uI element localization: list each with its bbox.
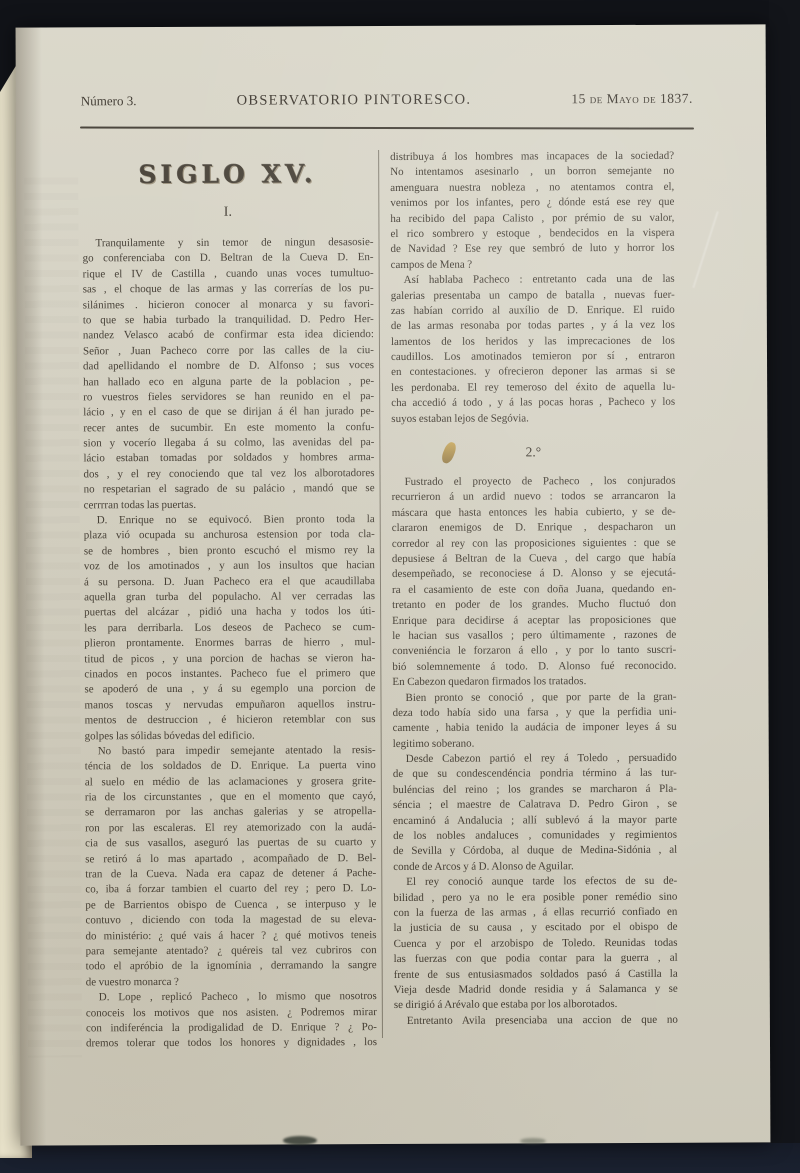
text-line: lácio , y en el caso de que se dirijan á… <box>83 404 374 421</box>
text-line: legitimo soberano. <box>393 735 677 752</box>
text-line: de Sevilla y Córdoba, al duque de Medina… <box>393 843 677 860</box>
text-line: las fuerzas con que podia contar para la… <box>394 951 678 968</box>
section-number: I. <box>82 204 373 221</box>
text-line: cha accedió á todo , y á las pocas horas… <box>391 395 675 412</box>
text-line: depusiese á Beltran de la Cueva , del ca… <box>392 551 676 568</box>
text-line: No intentamos asesinarlo , un borron sem… <box>390 164 674 181</box>
text-line: ria de los circunstantes , que en el mom… <box>85 789 376 806</box>
text-line: á su persona. D. Juan Pacheco era el que… <box>84 574 375 591</box>
text-line: recer antes de sucumbir. En este momento… <box>83 420 374 437</box>
text-line: campos de Mena ? <box>391 257 675 274</box>
paragraph: No bastó para impedir semejante atentado… <box>85 743 377 991</box>
text-line: dremos tolerar que todos los honores y d… <box>86 1035 377 1052</box>
text-line: ra el casamiento de este con doña Juana,… <box>392 582 676 599</box>
text-line: se de hombres , bien pronto escuchó el m… <box>84 543 375 560</box>
text-line: D. Lope , replicó Pacheco , lo mismo que… <box>86 989 377 1006</box>
photo-background-bottom <box>0 1143 800 1173</box>
text-line: amenguara nuestra nobleza , no atentamos… <box>390 180 674 197</box>
text-line: ro vuestros fieles servidores se han reu… <box>83 389 374 406</box>
text-line: voz de los amotinados , y aun los insult… <box>84 558 375 575</box>
text-line: con la fuerza de las armas , á ellas rec… <box>393 905 677 922</box>
text-line: Enrique para decidirse á aceptar las pro… <box>392 612 676 629</box>
text-line: bilidad , pero ya no le era posible pone… <box>393 889 677 906</box>
text-line: al suelo en médio de las aclamaciones y … <box>85 774 376 791</box>
section-number: 2.° <box>391 444 675 461</box>
text-line: corredor al rey con las proposiciones si… <box>392 535 676 552</box>
text-line: manos toscas y nervudas empuñaron aquell… <box>84 697 375 714</box>
text-line: la justicia de su causa , y escitado por… <box>393 920 677 937</box>
text-line: venimos por los infantes, pero ¿ dónde e… <box>390 195 674 212</box>
text-column-left: SIGLO XV.I.Tranquilamente y sin temor de… <box>82 150 377 1052</box>
text-line: mentos de destruccion , é hicieron retem… <box>85 712 376 729</box>
paragraph: D. Lope , replicó Pacheco , lo mismo que… <box>86 989 377 1052</box>
text-line: go conferenciaba con D. Beltran de la Cu… <box>83 250 374 267</box>
text-line: to que se habia turbado la tranquilidad.… <box>83 312 374 329</box>
text-line: titud de picos , y una porcion de hachas… <box>84 651 375 668</box>
text-line: de vuestro monarca ? <box>86 974 377 991</box>
text-line: han hallado eco en alguna parte de la po… <box>83 374 374 391</box>
text-line: de Navidad ? Ese rey que sembró de luto … <box>391 241 675 258</box>
text-line: cia de sus vasallos, aseguró las puertas… <box>85 835 376 852</box>
text-line: golpes las sólidas bóvedas del edificio. <box>85 728 376 745</box>
paragraph: D. Enrique no se equivocó. Bien pronto t… <box>84 512 376 744</box>
text-line: Entretanto Avila presenciaba una accion … <box>394 1012 678 1029</box>
text-line: frente de sus entusiasmados soldados pas… <box>394 966 678 983</box>
paragraph: Bien pronto se conoció , que por parte d… <box>392 689 676 752</box>
ink-smudge <box>283 1136 317 1145</box>
text-line: para semejante atentado? ¿ quéreis tal v… <box>86 943 377 960</box>
text-line: desempeñado, se reconociese á D. Alonso … <box>392 566 676 583</box>
paragraph: Fustrado el proyecto de Pacheco , los co… <box>392 474 677 691</box>
text-line: lamentos de los heridos y las imprecacio… <box>391 333 675 350</box>
text-line: nandez Velasco acabó de confirmar esta i… <box>83 327 374 344</box>
text-line: Cuenca y por el arzobispo de Toledo. Reu… <box>394 936 678 953</box>
text-line: plaza vió ocupada su anchurosa estension… <box>84 528 375 545</box>
text-line: bió solemnemente á todo. D. Alonso fué r… <box>392 658 676 675</box>
text-line: de las armas resonaba por todas partes ,… <box>391 318 675 335</box>
text-line: conde de Arcos y á D. Alonso de Aguilar. <box>393 859 677 876</box>
paragraph: Así hablaba Pacheco : entretanto cada un… <box>391 272 676 427</box>
text-line: plieron prontamente. Enormes barras de h… <box>84 635 375 652</box>
text-line: tran de la Cueva. Nada era capaz de dete… <box>85 866 376 883</box>
text-line: séncia ; el maestre de Calatrava D. Pedr… <box>393 797 677 814</box>
text-line: le hacian sus vasallos ; pero últimament… <box>392 628 676 645</box>
text-line: aquella gran turba del populacho. Al ver… <box>84 589 375 606</box>
photo-background-right <box>769 0 800 1173</box>
text-line: Así hablaba Pacheco : entretanto cada un… <box>391 272 675 289</box>
text-line: cinados en pocos instantes. Pacheco fue … <box>84 666 375 683</box>
text-line: tretanto en poder de los grandes. Mucho … <box>392 597 676 614</box>
text-line: todo el apróbio de la ignomínia , derram… <box>86 958 377 975</box>
text-line: conoceis los motivos que nos asisten. ¿ … <box>86 1005 377 1022</box>
text-line: camente , habia tenido la audácia de imp… <box>393 720 677 737</box>
paragraph: Tranquilamente y sin temor de ningun des… <box>82 235 374 513</box>
text-line: Bien pronto se conoció , que por parte d… <box>392 689 676 706</box>
text-line: de los nobles andaluces , comunidades y … <box>393 828 677 845</box>
ink-smudge <box>520 1138 546 1144</box>
text-line: se derramaron por las anchas galerias y … <box>85 805 376 822</box>
text-line: conveniéncia le forzaron á ello , y por … <box>392 643 676 660</box>
text-line: Tranquilamente y sin temor de ningun des… <box>82 235 373 252</box>
text-line: Señor , Juan Pacheco corre por las calle… <box>83 343 374 360</box>
text-line: lácio estaban tomadas por soldados y hom… <box>83 451 374 468</box>
text-line: co, iba á forzar tambien el cuarto del r… <box>85 881 376 898</box>
text-line: cerrrran todas las puertas. <box>84 497 375 514</box>
paragraph: Desde Cabezon partió el rey á Toledo , p… <box>393 751 678 875</box>
text-line: se retiró á lo mas apartado , acompañado… <box>85 851 376 868</box>
text-line: máscara que hasta entonces les habia cub… <box>392 505 676 522</box>
text-line: el rico sombrero y estoque , bendecidos … <box>390 226 674 243</box>
text-line: sas , el choque de las armas y las corre… <box>83 281 374 298</box>
text-line: pe de Barrientos obispo de Cuenca , se i… <box>85 897 376 914</box>
text-line: ha recibido del papa Calisto , por prémi… <box>390 210 674 227</box>
text-line: Vieja desde Madrid donde residia y á Sal… <box>394 982 678 999</box>
text-line: dad apellidando el nombre de D. Alfonso … <box>83 358 374 375</box>
text-line: se dirigió á Arévalo que estaba por los … <box>394 997 678 1014</box>
text-line: do ministério: ¿ qué vais á hacer ? ¿ qu… <box>85 928 376 945</box>
text-line: No bastó para impedir semejante atentado… <box>85 743 376 760</box>
text-line: silánimes . hicieron conocer al monarca … <box>83 297 374 314</box>
text-line: clararon enemigos de D. Enrique , despac… <box>392 520 676 537</box>
text-line: no respetarian el sagrado de su palácio … <box>84 481 375 498</box>
text-line: de que su condescendéncia pondria términ… <box>393 766 677 783</box>
text-line: buléncias del reino ; los grandes se mar… <box>393 782 677 799</box>
text-line: se apoderó de una , y á su egemplo una p… <box>84 681 375 698</box>
text-line: deza todo había sido una farsa , y que l… <box>393 705 677 722</box>
text-line: les para derribarla. Los deseos de Pache… <box>84 620 375 637</box>
text-line: en contestaciones. y ofrecieron deponer … <box>391 364 675 381</box>
text-line: Fustrado el proyecto de Pacheco , los co… <box>392 474 676 491</box>
article-title: SIGLO XV. <box>82 158 373 191</box>
text-line: El rey conoció aunque tarde los efectos … <box>393 874 677 891</box>
text-line: encaminó á Andalucia ; allí sublevó á la… <box>393 812 677 829</box>
text-line: D. Enrique no se equivocó. Bien pronto t… <box>84 512 375 529</box>
column-divider <box>378 150 383 1038</box>
paragraph: El rey conoció aunque tarde los efectos … <box>393 874 678 1014</box>
text-line: ron por las escaleras. El rey atemorizad… <box>85 820 376 837</box>
text-line: con indiferéncia la prodigalidad de D. E… <box>86 1020 377 1037</box>
photo-background-top <box>0 0 800 27</box>
text-line: suyos estaban lejos de Segóvia. <box>391 410 675 427</box>
text-line: rique el IV de Castilla , cuando unas vo… <box>83 266 374 283</box>
text-line: zas habían corrido al auxílio de D. Enri… <box>391 303 675 320</box>
paragraph: distribuya á los hombres mas incapaces d… <box>390 149 675 273</box>
text-line: téncia de los soldados de D. Enrique. La… <box>85 758 376 775</box>
text-column-right: distribuya á los hombres mas incapaces d… <box>390 149 678 1029</box>
text-line: galerias presentaba un campo de batalla … <box>391 287 675 304</box>
text-line: contuvo , diciendo con toda la magestad … <box>85 912 376 929</box>
text-line: les perdonaba. El rey temeroso del éxito… <box>391 380 675 397</box>
text-line: sion y vocerío llegaba á su colmo, las a… <box>83 435 374 452</box>
text-line: recurrieron á un ardid nuevo : todos se … <box>392 489 676 506</box>
paragraph: Entretanto Avila presenciaba una accion … <box>394 1012 678 1029</box>
scanned-page: Número 3. OBSERVATORIO PINTORESCO. 15 de… <box>16 24 771 1145</box>
text-line: distribuya á los hombres mas incapaces d… <box>390 149 674 166</box>
text-line: Desde Cabezon partió el rey á Toledo , p… <box>393 751 677 768</box>
text-line: puertas del alcázar , pidió una hacha y … <box>84 604 375 621</box>
text-line: caudillos. Los amotinados temieron por s… <box>391 349 675 366</box>
text-line: dos , y el rey conociendo que tal vez lo… <box>83 466 374 483</box>
article: SIGLO XV.I.Tranquilamente y sin temor de… <box>16 24 771 1145</box>
text-line: En Cabezon quedaron firmados los tratado… <box>392 674 676 691</box>
